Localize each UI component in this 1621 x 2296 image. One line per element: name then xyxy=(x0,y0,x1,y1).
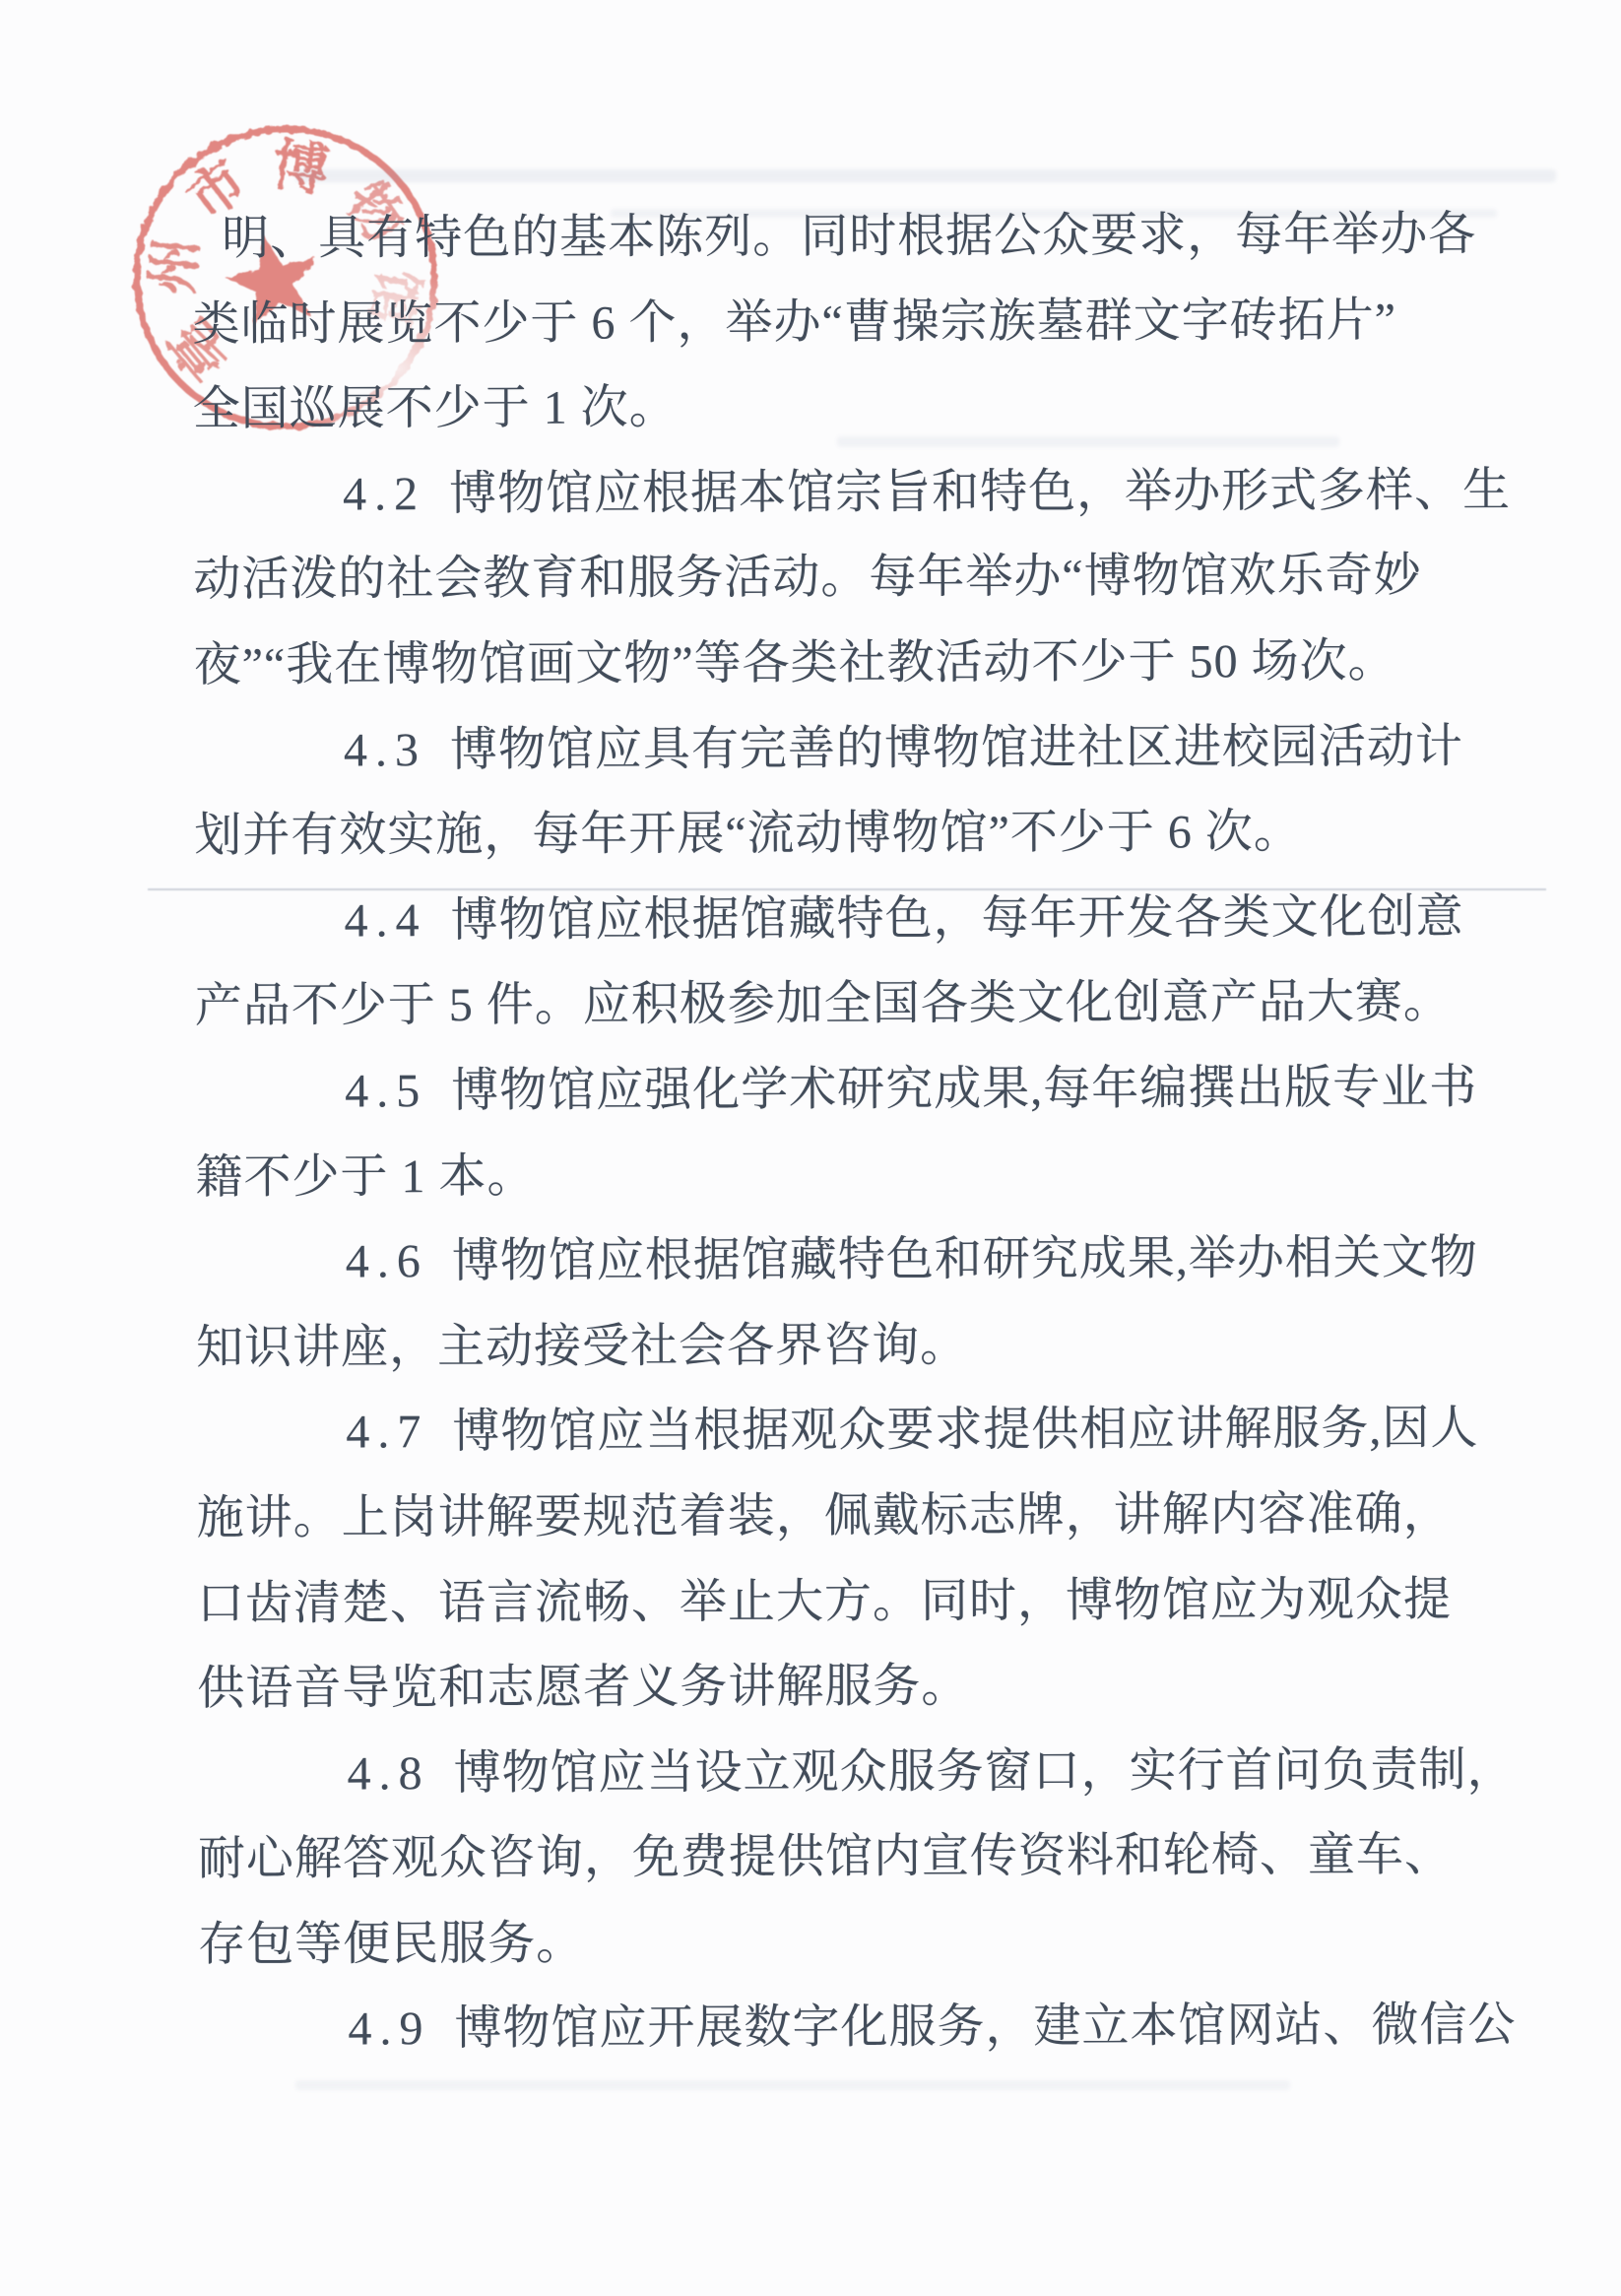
document-line: 存包等便民服务。 xyxy=(198,1898,1508,1988)
line-text: 类临时展览不少于 6 个，举办“曹操宗族墓群文字砖拓片” xyxy=(192,294,1396,350)
document-line: 籍不少于 1 本。 xyxy=(195,1131,1505,1220)
document-line: 4.6博物馆应根据馆藏特色和研究成果,举办相关文物 xyxy=(196,1215,1506,1305)
line-text: 施讲。上岗讲解要规范着装，佩戴标志牌，讲解内容准确， xyxy=(197,1487,1452,1543)
line-text: 夜”“我在博物馆画文物”等各类社教活动不少于 50 场次。 xyxy=(194,635,1396,691)
clause-number: 4.3 xyxy=(344,724,426,776)
document-line: 夜”“我在博物馆画文物”等各类社教活动不少于 50 场次。 xyxy=(194,619,1504,708)
document-line: 动活泼的社会教育和服务活动。每年举办“博物馆欢乐奇妙 xyxy=(193,534,1503,623)
document-line: 供语音导览和志愿者义务讲解服务。 xyxy=(197,1642,1507,1732)
clause-number: 4.7 xyxy=(346,1406,428,1458)
line-text: 博物馆应当根据观众要求提供相应讲解服务,因人 xyxy=(452,1403,1478,1459)
document-line: 耐心解答观众咨询，免费提供馆内宣传资料和轮椅、童车、 xyxy=(198,1813,1508,1903)
document-page: 亳 州 市 博 物 馆 明、具有特色的基本陈列。同时根据公众要求，每年举办各类临… xyxy=(0,0,1621,2296)
document-line: 4.2博物馆应根据本馆宗旨和特色，举办形式多样、生 xyxy=(193,448,1503,538)
scan-artifact xyxy=(295,2080,1290,2090)
document-line: 口齿清楚、语言流畅、举止大方。同时，博物馆应为观众提 xyxy=(197,1557,1507,1647)
document-line: 知识讲座，主动接受社会各界咨询。 xyxy=(196,1301,1506,1391)
clause-number: 4.8 xyxy=(347,1747,429,1800)
clause-number: 4.6 xyxy=(346,1235,428,1287)
scan-artifact xyxy=(295,169,1556,182)
line-text: 耐心解答观众咨询，免费提供馆内宣传资料和轮椅、童车、 xyxy=(198,1829,1453,1885)
document-line: 4.8博物馆应当设立观众服务窗口，实行首问负责制， xyxy=(197,1728,1507,1817)
document-line: 明、具有特色的基本陈列。同时根据公众要求，每年举办各 xyxy=(192,192,1502,282)
line-text: 全国巡展不少于 1 次。 xyxy=(193,381,678,435)
clause-number: 4.9 xyxy=(348,2003,430,2056)
line-text: 供语音导览和志愿者义务讲解服务。 xyxy=(197,1660,969,1715)
line-text: 博物馆应具有完善的博物馆进社区进校园活动计 xyxy=(450,720,1463,776)
line-text: 博物馆应开展数字化服务，建立本馆网站、微信公 xyxy=(454,2000,1516,2056)
clause-number: 4.4 xyxy=(344,894,426,947)
clause-number: 4.5 xyxy=(345,1065,427,1117)
document-line: 施讲。上岗讲解要规范着装，佩戴标志牌，讲解内容准确， xyxy=(197,1472,1507,1561)
line-text: 博物馆应根据馆藏特色和研究成果,举办相关文物 xyxy=(452,1232,1478,1288)
document-line: 4.5博物馆应强化学术研究成果,每年编撰出版专业书 xyxy=(195,1045,1505,1135)
line-text: 博物馆应强化学术研究成果,每年编撰出版专业书 xyxy=(451,1061,1477,1117)
line-text: 知识讲座，主动接受社会各界咨询。 xyxy=(196,1319,968,1374)
document-line: 4.7博物馆应当根据观众要求提供相应讲解服务,因人 xyxy=(196,1387,1506,1476)
line-text: 口齿清楚、语言流畅、举止大方。同时，博物馆应为观众提 xyxy=(197,1573,1452,1629)
document-line: 产品不少于 5 件。应积极参加全国各类文化创意产品大赛。 xyxy=(195,960,1505,1050)
line-text: 产品不少于 5 件。应积极参加全国各类文化创意产品大赛。 xyxy=(195,976,1452,1032)
document-line: 类临时展览不少于 6 个，举办“曹操宗族墓群文字砖拓片” xyxy=(192,278,1502,367)
document-line: 划并有效实施，每年开展“流动博物馆”不少于 6 次。 xyxy=(194,790,1504,880)
document-text: 明、具有特色的基本陈列。同时根据公众要求，每年举办各类临时展览不少于 6 个，举… xyxy=(192,192,1509,2073)
document-line: 全国巡展不少于 1 次。 xyxy=(193,363,1503,453)
line-text: 博物馆应根据馆藏特色，每年开发各类文化创意 xyxy=(450,890,1463,947)
line-text: 博物馆应当设立观众服务窗口，实行首问负责制， xyxy=(453,1743,1515,1800)
line-text: 明、具有特色的基本陈列。同时根据公众要求，每年举办各 xyxy=(222,208,1476,264)
line-text: 博物馆应根据本馆宗旨和特色，举办形式多样、生 xyxy=(449,464,1511,520)
clause-number: 4.2 xyxy=(343,468,425,520)
line-text: 划并有效实施，每年开展“流动博物馆”不少于 6 次。 xyxy=(194,806,1302,862)
line-text: 籍不少于 1 本。 xyxy=(195,1149,535,1203)
document-line: 4.9博物馆应开展数字化服务，建立本馆网站、微信公 xyxy=(198,1984,1508,2073)
document-line: 4.4博物馆应根据馆藏特色，每年开发各类文化创意 xyxy=(194,875,1504,964)
line-text: 动活泼的社会教育和服务活动。每年举办“博物馆欢乐奇妙 xyxy=(193,550,1421,606)
document-line: 4.3博物馆应具有完善的博物馆进社区进校园活动计 xyxy=(194,704,1504,794)
line-text: 存包等便民服务。 xyxy=(198,1917,584,1970)
